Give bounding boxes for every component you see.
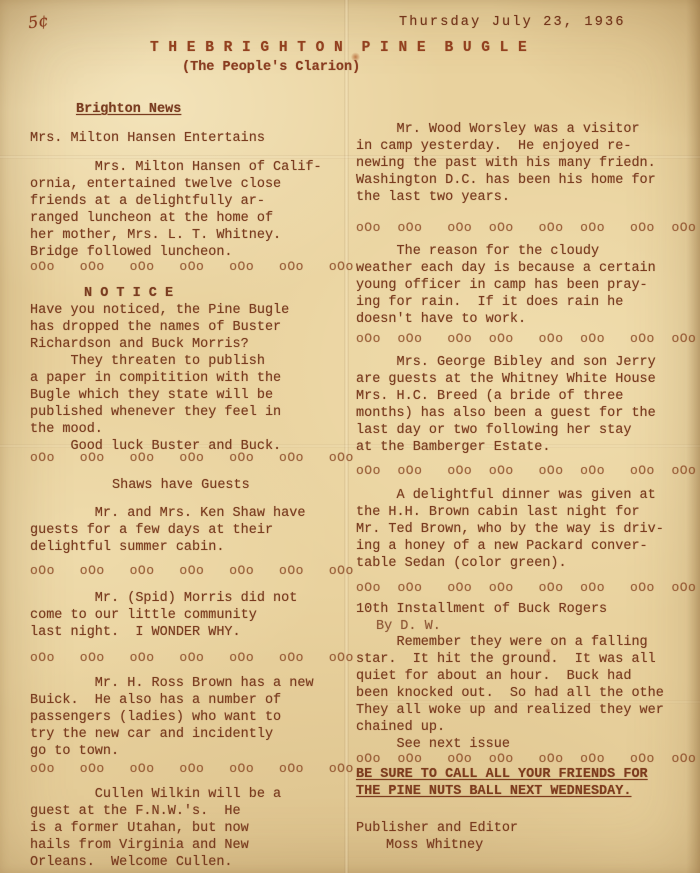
brown-buick-article: Mr. H. Ross Brown has a new Buick. He al… [30,675,314,760]
ornament-divider: oOo oOo oOo oOo oOo oOo oOo [30,649,354,666]
publisher-label: Publisher and Editor [356,820,518,837]
masthead-title: T H E B R I G H T O N P I N E B U G L E [150,40,527,57]
weather-article: The reason for the cloudy weather each d… [356,243,656,328]
ornament-divider: oOo oOo oOo oOo oOo oOo oOo oOo [356,750,696,767]
ornament-divider: oOo oOo oOo oOo oOo oOo oOo oOo [356,462,696,479]
notice-article: Have you noticed, the Pine Bugle has dro… [30,302,289,455]
paper-fold-vertical [344,0,349,873]
paper-edge-shadow [686,0,700,873]
ornament-divider: oOo oOo oOo oOo oOo oOo oOo [30,258,354,275]
hansen-article: Mrs. Milton Hansen of Calif- ornia, ente… [30,159,322,261]
dinner-article: A delightful dinner was given at the H.H… [356,487,664,572]
publisher-name: Moss Whitney [386,837,483,854]
morris-article: Mr. (Spid) Morris did not come to our li… [30,590,297,641]
ornament-divider: oOo oOo oOo oOo oOo oOo oOo oOo [356,330,696,347]
buck-rogers-heading: 10th Installment of Buck Rogers [356,601,607,618]
ornament-divider: oOo oOo oOo oOo oOo oOo oOo [30,562,354,579]
bibley-article: Mrs. George Bibley and son Jerry are gue… [356,354,656,456]
section-heading-brighton-news: Brighton News [76,101,181,118]
masthead-subtitle: (The People's Clarion) [182,59,360,76]
notice-heading: N O T I C E [84,285,173,302]
price-mark: 5¢ [27,11,50,33]
issue-date: Thursday July 23, 1936 [399,14,626,31]
hansen-headline: Mrs. Milton Hansen Entertains [30,130,265,147]
shaws-headline: Shaws have Guests [112,477,250,494]
shaws-article: Mr. and Mrs. Ken Shaw have guests for a … [30,505,305,556]
ornament-divider: oOo oOo oOo oOo oOo oOo oOo [30,449,354,466]
newsletter-page: 5¢ Thursday July 23, 1936 T H E B R I G … [0,0,700,873]
buck-rogers-byline: By D. W. [376,618,441,635]
ball-announcement: BE SURE TO CALL ALL YOUR FRIENDS FOR THE… [356,766,648,800]
wilkin-article: Cullen Wilkin will be a guest at the F.N… [30,786,281,871]
ornament-divider: oOo oOo oOo oOo oOo oOo oOo [30,760,354,777]
worsley-article: Mr. Wood Worsley was a visitor in camp y… [356,121,656,206]
ornament-divider: oOo oOo oOo oOo oOo oOo oOo oOo [356,579,696,596]
ornament-divider: oOo oOo oOo oOo oOo oOo oOo oOo [356,219,696,236]
buck-rogers-article: Remember they were on a falling star. It… [356,634,664,753]
